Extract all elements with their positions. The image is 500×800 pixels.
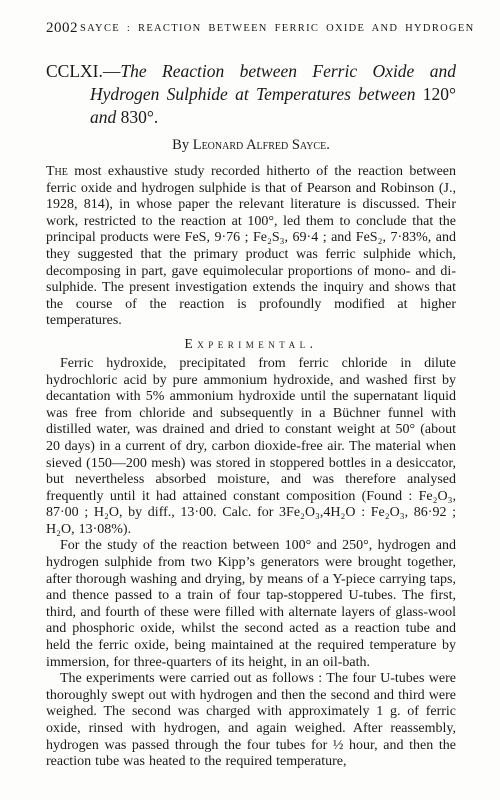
intro-paragraph: The most exhaustive study recorded hithe… xyxy=(46,164,456,330)
section-heading-experimental: Experimental. xyxy=(46,336,456,352)
title-line-2: Hydrogen Sulphide at Temperatures betwee… xyxy=(46,83,456,106)
title-temp-low: 120° xyxy=(423,84,456,104)
running-head: SAYCE : REACTION BETWEEN FERRIC OXIDE AN… xyxy=(46,20,456,34)
title-line-3: and 830°. xyxy=(46,106,456,129)
intro-lead-word: The xyxy=(46,164,68,179)
paragraph-procedure: The experiments were carried out as foll… xyxy=(46,671,456,771)
title-line-1: CCLXI.—The Reaction between Ferric Oxide… xyxy=(46,60,456,83)
byline: By Leonard Alfred Sayce. xyxy=(46,137,456,154)
title-text-2: Hydrogen Sulphide at Temperatures betwee… xyxy=(90,84,423,104)
page-number: 2002 xyxy=(46,20,78,37)
page-header: 2002 SAYCE : REACTION BETWEEN FERRIC OXI… xyxy=(46,20,456,38)
author-name: Leonard Alfred Sayce. xyxy=(193,137,330,153)
byline-prefix: By xyxy=(172,137,193,153)
title-text-3: and xyxy=(90,107,121,127)
title-text-1: The Reaction between Ferric Oxide and xyxy=(120,61,456,81)
article-title: CCLXI.—The Reaction between Ferric Oxide… xyxy=(46,60,456,129)
article-number: CCLXI.— xyxy=(46,61,120,81)
journal-page: 2002 SAYCE : REACTION BETWEEN FERRIC OXI… xyxy=(0,0,500,800)
intro-text: most exhaustive study recorded hitherto … xyxy=(46,164,456,328)
paragraph-ferric-hydroxide: Ferric hydroxide, precipitated from ferr… xyxy=(46,356,456,539)
title-temp-high: 830°. xyxy=(121,107,159,127)
paragraph-apparatus: For the study of the reaction between 10… xyxy=(46,538,456,671)
